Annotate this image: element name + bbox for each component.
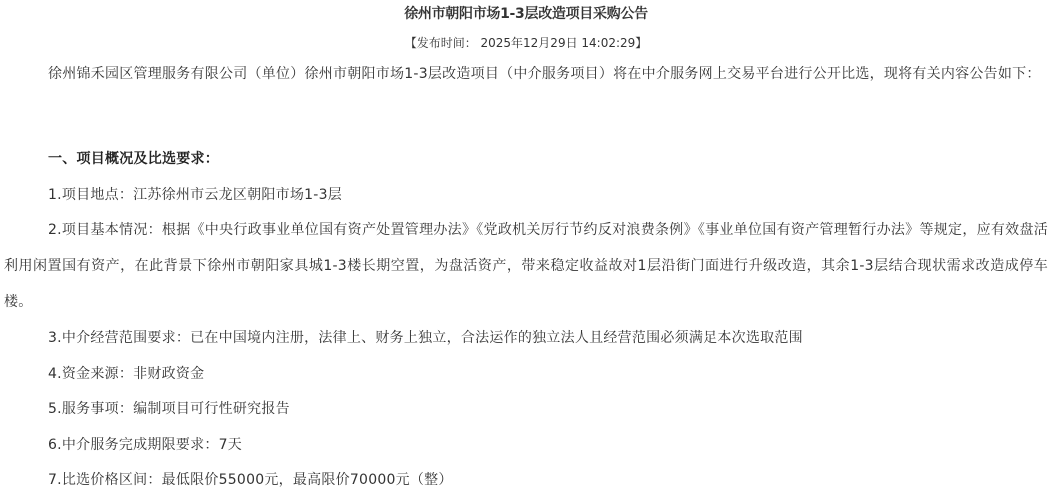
item-label: 1.项目地点： (48, 187, 133, 203)
item-project-location: 1.项目地点：江苏徐州市云龙区朝阳市场1-3层 (4, 177, 1048, 213)
item-service-matters: 5.服务事项：编制项目可行性研究报告 (4, 391, 1048, 427)
item-label: 2.项目基本情况： (48, 222, 162, 238)
item-business-scope: 3.中介经营范围要求：已在中国境内注册，法律上、财务上独立，合法运作的独立法人且… (4, 320, 1048, 356)
item-label: 4.资金来源： (48, 366, 133, 382)
item-text: 7天 (219, 437, 242, 453)
item-fund-source: 4.资金来源：非财政资金 (4, 356, 1048, 392)
item-label: 6.中介服务完成期限要求： (48, 437, 219, 453)
item-label: 7.比选价格区间： (48, 472, 162, 488)
item-text: 非财政资金 (133, 366, 204, 382)
intro-paragraph: 徐州锦禾园区管理服务有限公司（单位）徐州市朝阳市场1-3层改造项目（中介服务项目… (4, 56, 1048, 92)
section-heading: 一、项目概况及比选要求： (4, 141, 1048, 177)
publish-time: 【发布时间： 2025年12月29日 14:02:29】 (0, 34, 1052, 52)
page-title: 徐州市朝阳市场1-3层改造项目采购公告 (0, 4, 1052, 24)
item-label: 3.中介经营范围要求： (48, 330, 190, 346)
item-project-basic-info: 2.项目基本情况：根据《中央行政事业单位国有资产处置管理办法》《党政机关厉行节约… (4, 212, 1048, 320)
item-text: 最低限价55000元，最高限价70000元（整） (162, 472, 453, 488)
item-text: 已在中国境内注册，法律上、财务上独立，合法运作的独立法人且经营范围必须满足本次选… (190, 330, 803, 346)
item-completion-deadline: 6.中介服务完成期限要求：7天 (4, 427, 1048, 463)
item-text: 江苏徐州市云龙区朝阳市场1-3层 (133, 187, 342, 203)
item-price-range: 7.比选价格区间：最低限价55000元，最高限价70000元（整） (4, 462, 1048, 495)
item-label: 5.服务事项： (48, 401, 133, 417)
item-text: 编制项目可行性研究报告 (133, 401, 290, 417)
